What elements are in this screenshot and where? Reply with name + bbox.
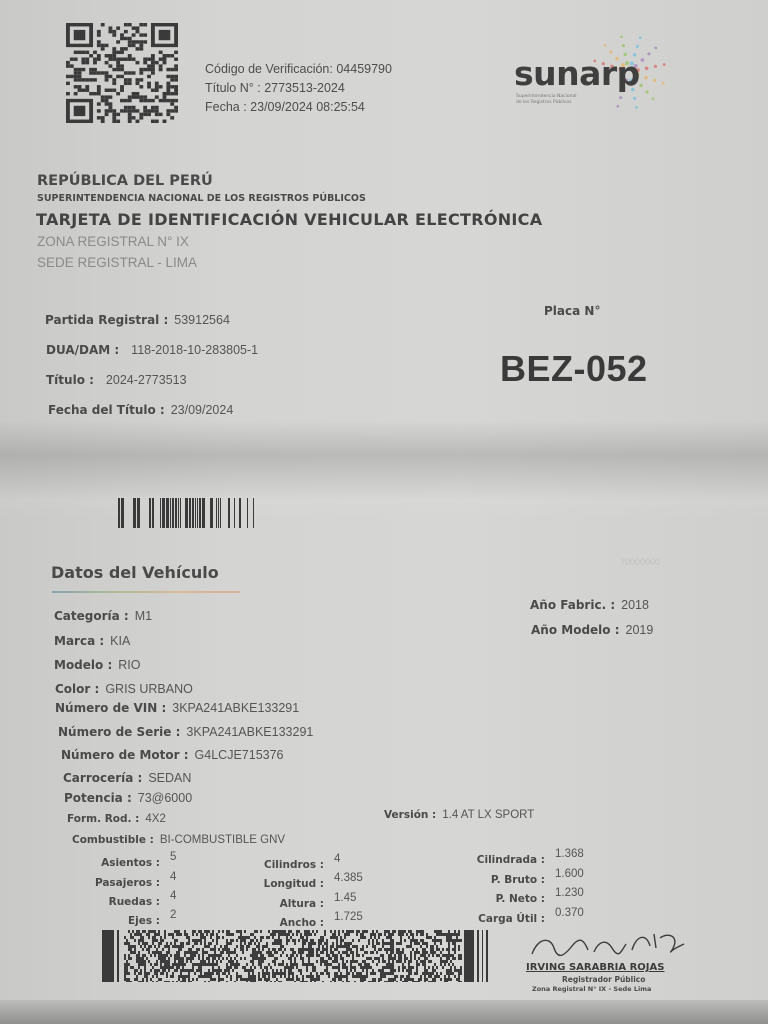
spec-label: Carga Útil :: [478, 913, 545, 925]
vehicle-field-label: Potencia :: [64, 791, 132, 805]
spec-value: 4: [170, 871, 176, 883]
spec-row: Asientos :5: [50, 851, 160, 870]
paper-edge: [0, 1000, 768, 1024]
spec-value: 5: [170, 851, 176, 863]
logo-wordmark: sunarp: [514, 54, 640, 93]
spec-label: Cilindros :: [264, 859, 324, 871]
spec-value: 1.725: [334, 911, 363, 923]
verification-code-row: Código de Verificación: 04459790: [205, 60, 392, 79]
spec-row: Cilindrada :1.368: [435, 848, 545, 867]
vehicle-field-row: Color :GRIS URBANO: [55, 678, 193, 697]
spec-row: Pasajeros :4: [50, 871, 160, 890]
registrar-signature: IRVING SARABRIA ROJAS Registrador Públic…: [518, 928, 698, 998]
vehicle-field-label: Número de Motor :: [61, 748, 189, 762]
barcode: [118, 498, 254, 528]
vehicle-field-value: 3KPA241ABKE133291: [186, 725, 313, 739]
verification-block: Código de Verificación: 04459790 Título …: [205, 60, 392, 117]
spec-value: 1.230: [555, 887, 584, 899]
title-number-value: 2773513-2024: [264, 81, 345, 95]
vehicle-field-row: Marca :KIA: [54, 630, 130, 649]
titulo-value: 2024-2773513: [106, 373, 187, 387]
spec-row: Ejes :2: [50, 909, 160, 928]
fecha-titulo-value: 23/09/2024: [171, 403, 234, 417]
spec-row: Ruedas :4: [50, 890, 160, 909]
pdf417-barcode: [102, 930, 490, 982]
issue-date-label: Fecha :: [205, 100, 247, 114]
plate-label: Placa N°: [544, 304, 600, 318]
spec-label: Ejes :: [128, 915, 160, 927]
spec-label: Longitud :: [264, 878, 324, 890]
vehicle-field-value: M1: [135, 609, 152, 623]
vehicle-field-value: 73@6000: [138, 791, 192, 805]
spec-label: Ruedas :: [109, 896, 160, 908]
agency-heading: SUPERINTENDENCIA NACIONAL DE LOS REGISTR…: [37, 193, 366, 204]
spec-value: 1.368: [555, 848, 584, 860]
vehicle-field-label: Marca :: [54, 634, 104, 648]
vehicle-field-value: GRIS URBANO: [105, 682, 193, 696]
vehicle-field-label: Carrocería :: [63, 771, 142, 785]
spec-value: 1.600: [555, 868, 584, 880]
vehicle-field-label: Combustible :: [72, 834, 154, 846]
spec-value: 1.45: [334, 892, 356, 904]
spec-row: P. Neto :1.230: [435, 887, 545, 906]
faint-stamp: 70000000: [620, 557, 660, 567]
spec-value: 4.385: [334, 872, 363, 884]
vehicle-field-value: 4X2: [145, 813, 165, 825]
spec-label: P. Neto :: [496, 893, 545, 905]
logo-subtitle: Superintendencia Nacional de los Registr…: [516, 94, 616, 106]
vehicle-field-value: BI-COMBUSTIBLE GNV: [160, 834, 285, 846]
verification-code-label: Código de Verificación:: [205, 62, 333, 76]
year-fab-label: Año Fabric. :: [530, 598, 615, 612]
partida-row: Partida Registral :53912564: [45, 309, 230, 328]
vehicle-field-row: Potencia :73@6000: [64, 787, 192, 806]
year-fab-value: 2018: [621, 598, 649, 612]
fecha-titulo-row: Fecha del Título :23/09/2024: [48, 399, 233, 418]
titulo-label: Título :: [46, 373, 94, 387]
spec-label: Pasajeros :: [95, 877, 160, 889]
vehicle-field-label: Form. Rod. :: [67, 813, 139, 825]
year-model-row: Año Modelo :2019: [531, 619, 653, 638]
verification-code-value: 04459790: [336, 62, 392, 76]
signature-scribble-icon: [528, 928, 693, 962]
sunarp-logo: sunarp Superintendencia Nacional de los …: [514, 32, 684, 122]
vehicle-field-value: RIO: [118, 658, 140, 672]
spec-value: 4: [170, 890, 176, 902]
vehicle-field-value: KIA: [110, 634, 130, 648]
spec-label: Cilindrada :: [477, 854, 545, 866]
plate-number: BEZ-052: [500, 348, 648, 390]
vehicle-field-value: 3KPA241ABKE133291: [172, 701, 299, 715]
spec-row: P. Bruto :1.600: [435, 868, 545, 887]
vehicle-field-label: Número de VIN :: [55, 701, 166, 715]
vehicle-field-row: Combustible :BI-COMBUSTIBLE GNV: [72, 828, 285, 847]
vehicle-field-row: Número de VIN :3KPA241ABKE133291: [55, 697, 299, 716]
vehicle-field-row: Modelo :RIO: [54, 654, 140, 673]
office-text: SEDE REGISTRAL - LIMA: [37, 255, 197, 270]
spec-row: Carga Útil :0.370: [435, 907, 545, 926]
spec-row: Cilindros :4: [214, 853, 324, 872]
titulo-row: Título :2024-2773513: [46, 369, 187, 388]
year-model-label: Año Modelo :: [531, 623, 620, 637]
registrar-name: IRVING SARABRIA ROJAS: [526, 962, 664, 973]
year-model-value: 2019: [626, 623, 654, 637]
spec-row: Ancho :1.725: [214, 911, 324, 930]
vehicle-field-label: Color :: [55, 682, 99, 696]
spec-row: Longitud :4.385: [214, 872, 324, 891]
qr-code: [66, 23, 178, 123]
vehicle-field-row: Form. Rod. :4X2: [67, 807, 166, 826]
vehicle-field-row: Número de Serie :3KPA241ABKE133291: [58, 721, 313, 740]
registrar-zone: Zona Registral N° IX - Sede Lima: [532, 985, 651, 993]
zone-text: ZONA REGISTRAL N° IX: [37, 234, 189, 249]
partida-label: Partida Registral :: [45, 313, 168, 327]
vehicle-field-value: SEDAN: [148, 771, 191, 785]
version-label: Versión :: [384, 809, 436, 821]
vehicle-field-row: Carrocería :SEDAN: [63, 767, 191, 786]
vehicle-field-row: Categoría :M1: [54, 605, 152, 624]
vehicle-field-value: G4LCJE715376: [195, 748, 284, 762]
logo-subtitle-line2: de los Registros Públicos: [516, 100, 616, 106]
spec-label: Asientos :: [101, 857, 160, 869]
spec-label: Ancho :: [280, 917, 324, 929]
version-row: Versión :1.4 AT LX SPORT: [384, 803, 534, 822]
dua-row: DUA/DAM :118-2018-10-283805-1: [46, 339, 258, 358]
vehicle-field-label: Número de Serie :: [58, 725, 180, 739]
issue-date-value: 23/09/2024 08:25:54: [250, 100, 365, 114]
dua-label: DUA/DAM :: [46, 343, 119, 357]
section-divider: [52, 591, 240, 593]
spec-value: 0.370: [555, 907, 584, 919]
vehicle-field-row: Número de Motor :G4LCJE715376: [61, 744, 284, 763]
registrar-role: Registrador Público: [562, 975, 645, 984]
fecha-titulo-label: Fecha del Título :: [48, 403, 165, 417]
spec-value: 2: [170, 909, 176, 921]
spec-label: P. Bruto :: [491, 874, 545, 886]
vehicle-section-title: Datos del Vehículo: [51, 563, 219, 582]
vehicle-field-label: Modelo :: [54, 658, 112, 672]
vehicle-field-label: Categoría :: [54, 609, 129, 623]
spec-value: 4: [334, 853, 340, 865]
title-number-label: Título N° :: [205, 81, 261, 95]
title-number-row: Título N° : 2773513-2024: [205, 79, 392, 98]
version-value: 1.4 AT LX SPORT: [442, 809, 534, 821]
spec-row: Altura :1.45: [214, 892, 324, 911]
dua-value: 118-2018-10-283805-1: [131, 343, 258, 357]
spec-label: Altura :: [280, 898, 324, 910]
country-heading: REPÚBLICA DEL PERÚ: [37, 173, 213, 189]
issue-date-row: Fecha : 23/09/2024 08:25:54: [205, 98, 392, 117]
partida-value: 53912564: [174, 313, 230, 327]
document-title: TARJETA DE IDENTIFICACIÓN VEHICULAR ELEC…: [36, 210, 542, 229]
year-fab-row: Año Fabric. :2018: [530, 594, 649, 613]
